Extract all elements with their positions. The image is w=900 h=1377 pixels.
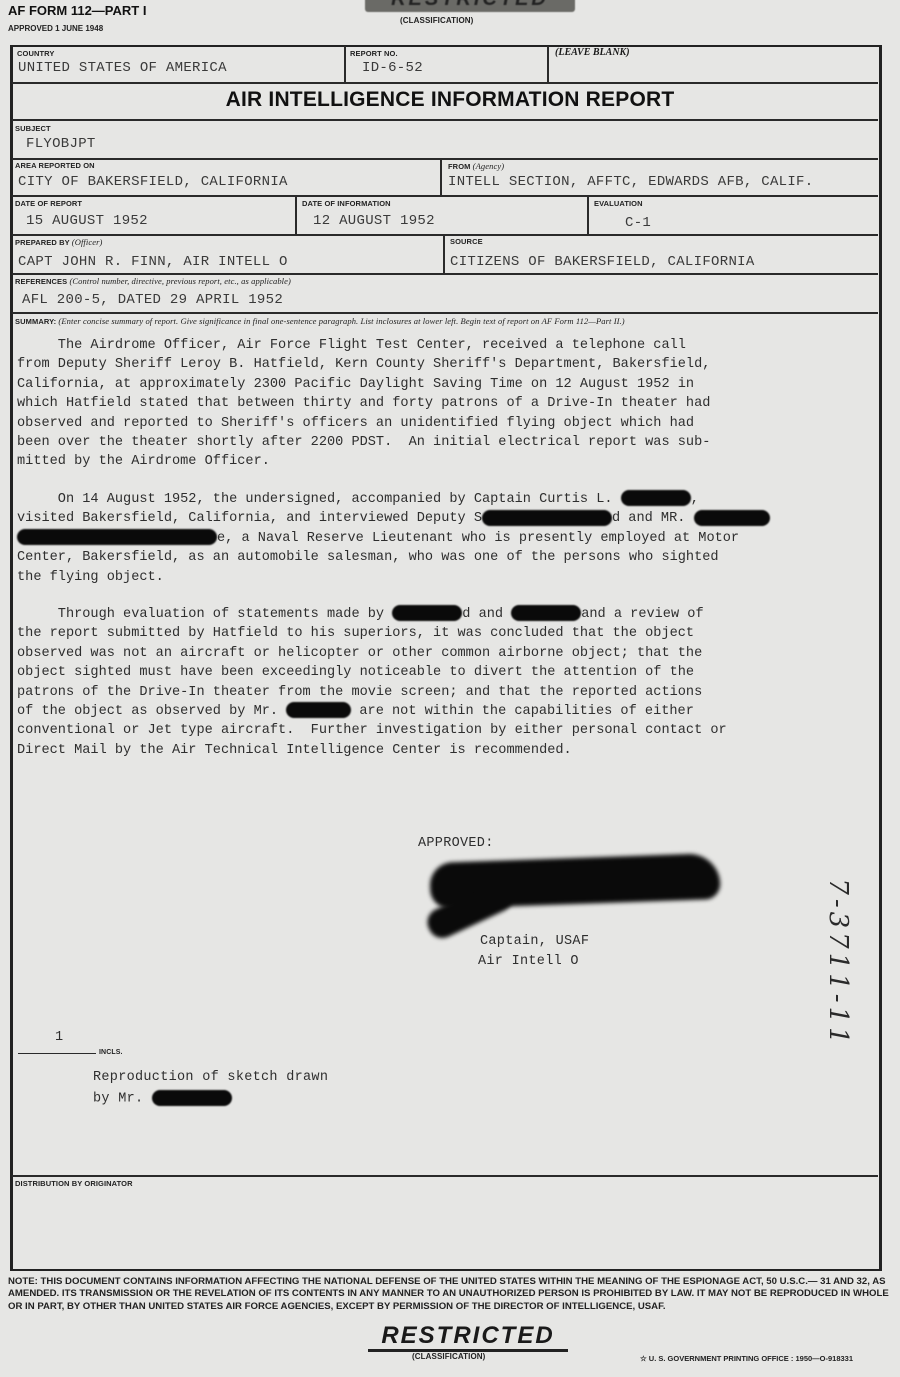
printing-office-imprint: ☆ U. S. GOVERNMENT PRINTING OFFICE : 195… bbox=[640, 1354, 853, 1363]
handwritten-file-number: 7-3711-11 bbox=[823, 843, 853, 1083]
inclosure-item-line1: Reproduction of sketch drawn bbox=[93, 1070, 328, 1085]
inclosure-count: 1 bbox=[55, 1030, 63, 1045]
area-label: AREA REPORTED ON bbox=[15, 161, 95, 170]
signer-title: Air Intell O bbox=[478, 954, 579, 969]
evaluation-value: C-1 bbox=[625, 215, 651, 231]
inclosures-label: INCLS. bbox=[99, 1049, 123, 1056]
approved-label: APPROVED: bbox=[418, 836, 494, 851]
date-info-value: 12 AUGUST 1952 bbox=[313, 213, 435, 229]
area-value: CITY OF BAKERSFIELD, CALIFORNIA bbox=[18, 174, 288, 190]
redaction bbox=[152, 1090, 232, 1106]
signer-rank: Captain, USAF bbox=[480, 934, 589, 949]
distribution-label: DISTRIBUTION BY ORIGINATOR bbox=[15, 1179, 133, 1188]
country-label: COUNTRY bbox=[17, 49, 55, 58]
from-value: INTELL SECTION, AFFTC, EDWARDS AFB, CALI… bbox=[448, 174, 813, 190]
classification-stamp-top: RESTRICTED bbox=[365, 0, 575, 12]
form-approved-date: APPROVED 1 JUNE 1948 bbox=[8, 24, 103, 33]
classification-stamp-bottom: RESTRICTED bbox=[368, 1323, 568, 1352]
report-title: AIR INTELLIGENCE INFORMATION REPORT bbox=[0, 88, 900, 112]
references-label: REFERENCES (Control number, directive, p… bbox=[15, 276, 291, 286]
redaction bbox=[392, 605, 462, 621]
redaction bbox=[17, 529, 217, 545]
summary-paragraph-1: The Airdrome Officer, Air Force Flight T… bbox=[17, 336, 710, 472]
inclosure-item-line2: by Mr. bbox=[93, 1090, 232, 1107]
subject-label: SUBJECT bbox=[15, 124, 51, 133]
date-info-label: DATE OF INFORMATION bbox=[302, 199, 391, 208]
redaction bbox=[694, 510, 770, 526]
subject-value: FLYOBJPT bbox=[26, 136, 96, 152]
summary-label: SUMMARY: (Enter concise summary of repor… bbox=[15, 316, 625, 326]
classification-label-bottom: (CLASSIFICATION) bbox=[412, 1352, 485, 1361]
evaluation-label: EVALUATION bbox=[594, 199, 643, 208]
source-value: CITIZENS OF BAKERSFIELD, CALIFORNIA bbox=[450, 254, 755, 270]
country-value: UNITED STATES OF AMERICA bbox=[18, 60, 227, 76]
redaction bbox=[621, 490, 691, 506]
from-label: FROM (Agency) bbox=[448, 161, 504, 171]
redaction bbox=[511, 605, 581, 621]
classification-label-top: (CLASSIFICATION) bbox=[400, 16, 473, 25]
form-id: AF FORM 112—PART I bbox=[8, 3, 146, 18]
summary-paragraph-3: Through evaluation of statements made by… bbox=[17, 605, 727, 760]
summary-paragraph-2: On 14 August 1952, the undersigned, acco… bbox=[17, 490, 770, 587]
prepared-by-label: PREPARED BY (Officer) bbox=[15, 237, 102, 247]
report-no-label: REPORT NO. bbox=[350, 49, 398, 58]
report-no-value: ID-6-52 bbox=[362, 60, 423, 76]
redaction bbox=[482, 510, 612, 526]
redaction bbox=[286, 702, 351, 718]
date-report-value: 15 AUGUST 1952 bbox=[26, 213, 148, 229]
references-value: AFL 200-5, DATED 29 APRIL 1952 bbox=[22, 292, 283, 308]
espionage-act-note: NOTE: THIS DOCUMENT CONTAINS INFORMATION… bbox=[8, 1276, 893, 1313]
leave-blank-label: (LEAVE BLANK) bbox=[555, 47, 630, 58]
source-label: SOURCE bbox=[450, 237, 483, 246]
prepared-by-value: CAPT JOHN R. FINN, AIR INTELL O bbox=[18, 254, 288, 270]
date-report-label: DATE OF REPORT bbox=[15, 199, 82, 208]
